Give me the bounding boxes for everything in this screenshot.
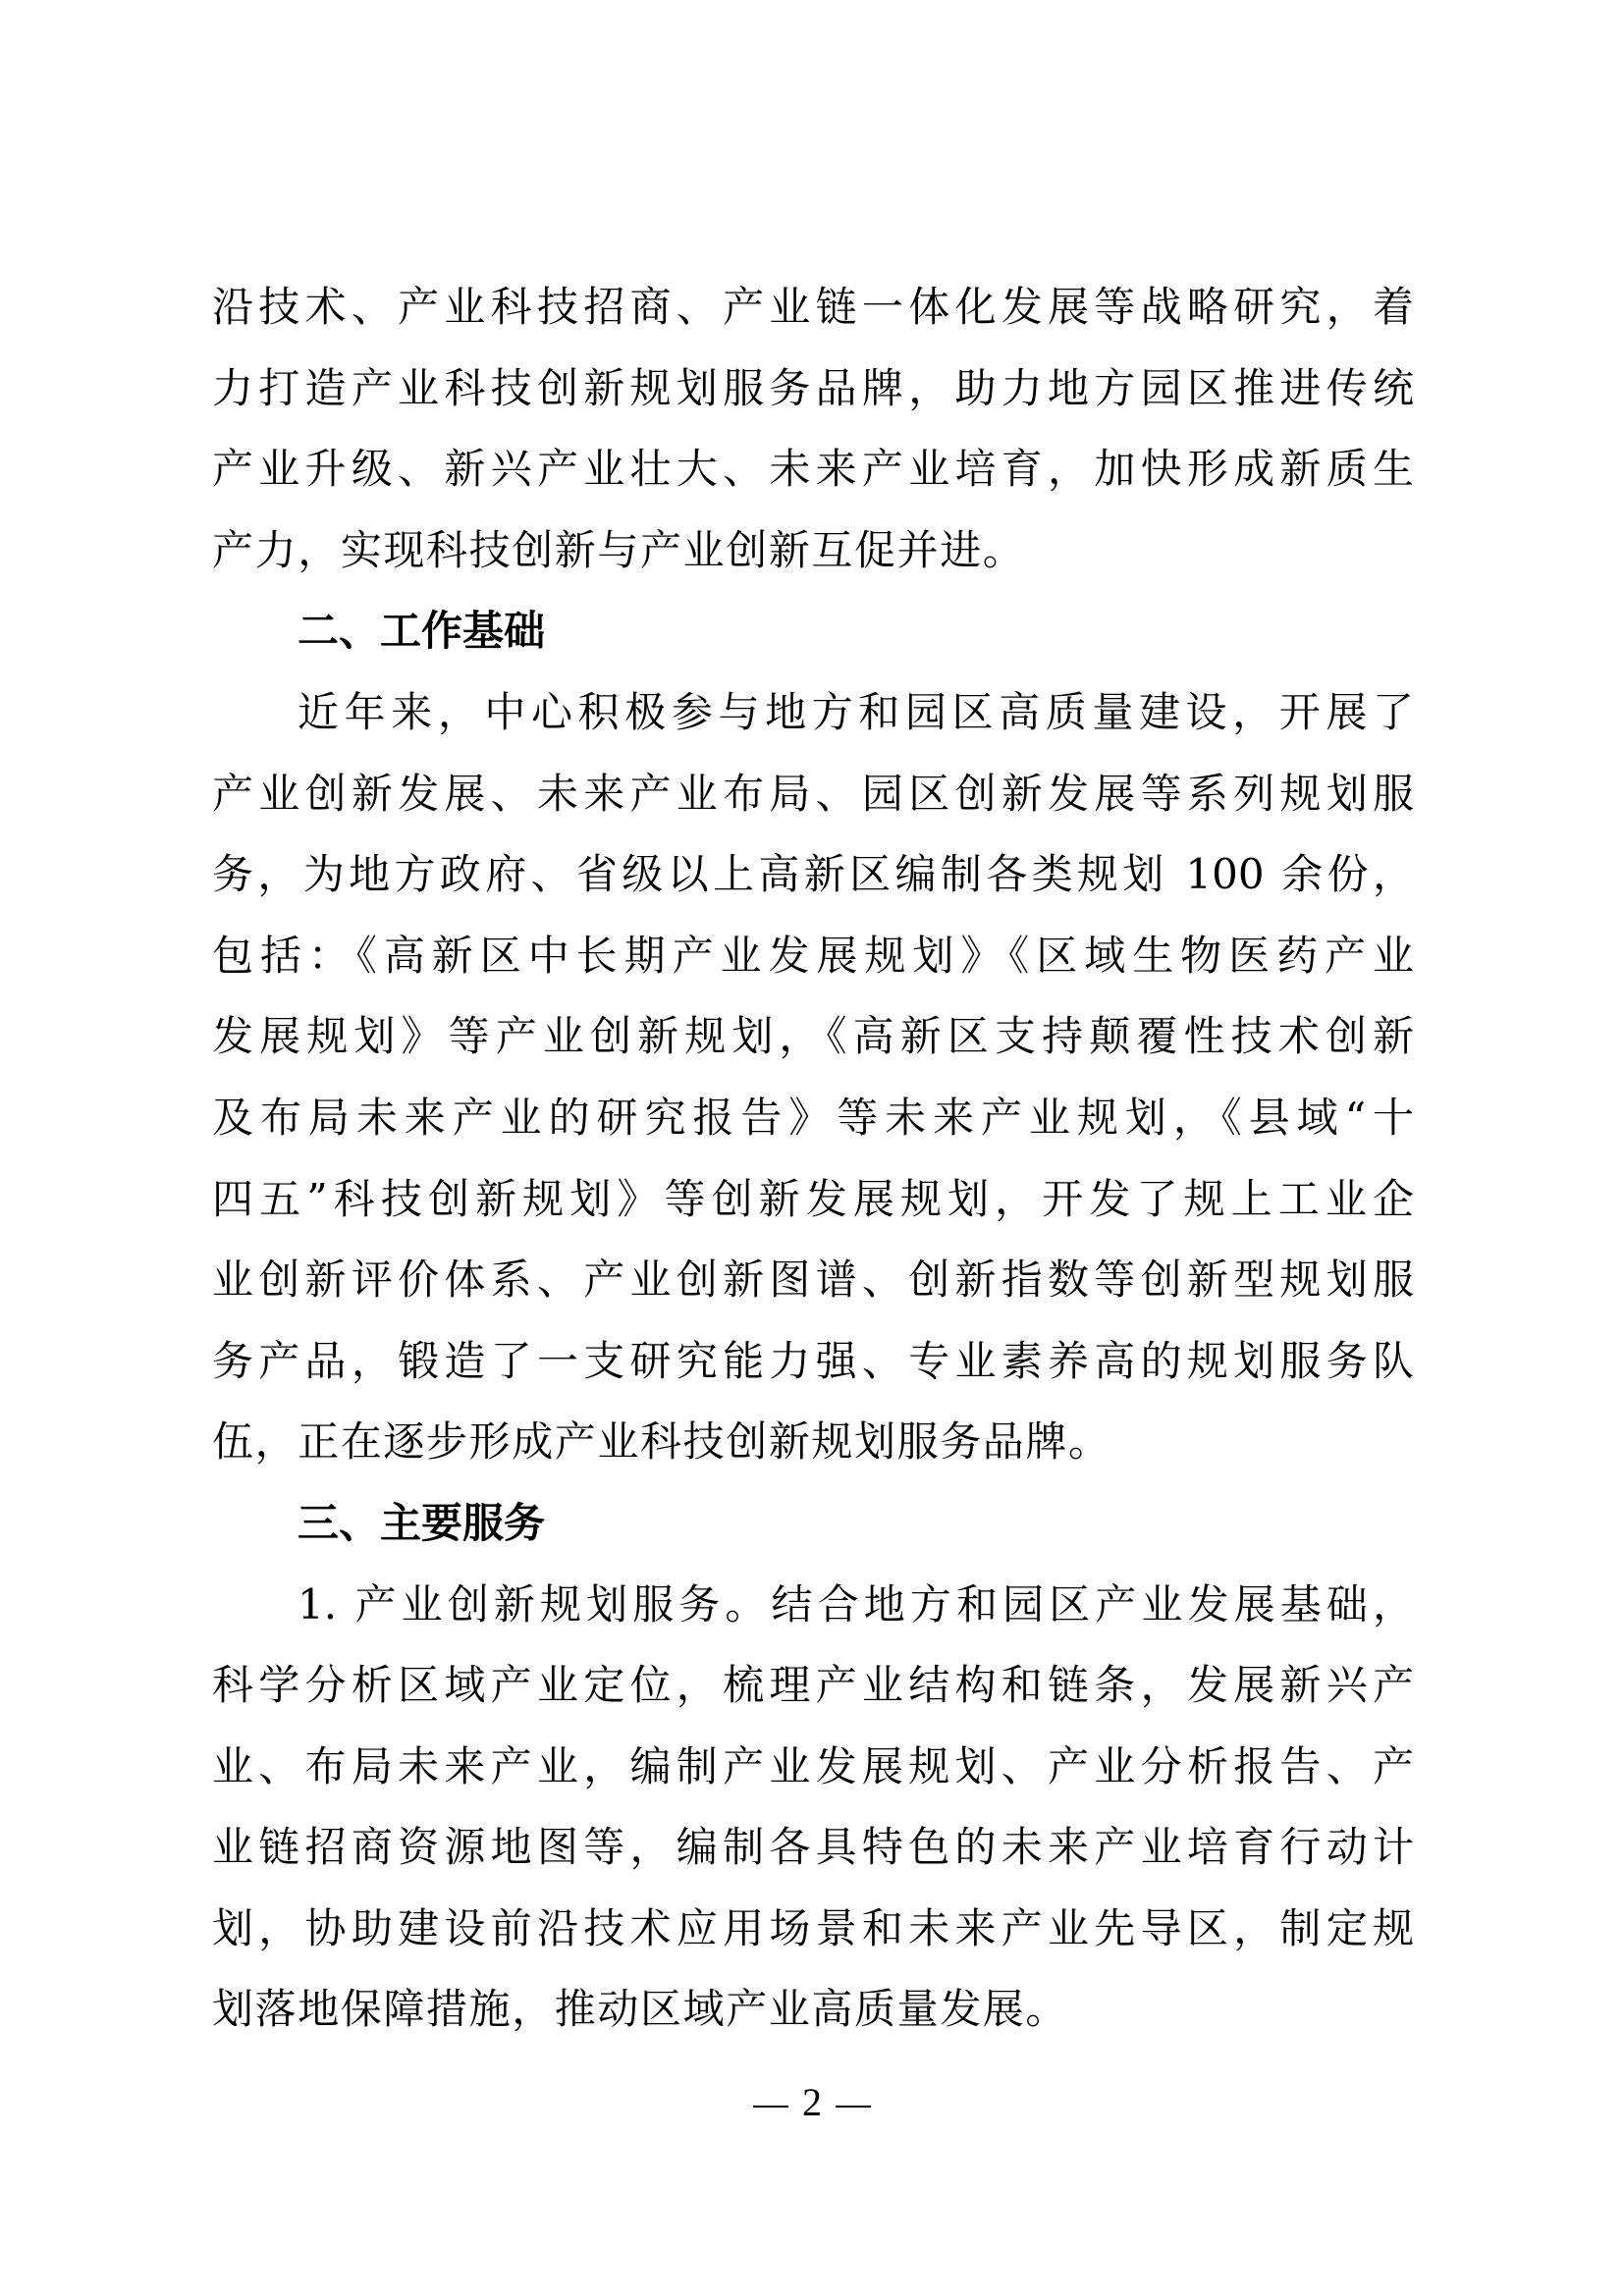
text-line: 划，协助建设前沿技术应用场景和未来产业先导区，制定规 (212, 1889, 1414, 1970)
text-line: 及布局未来产业的研究报告》等未来产业规划，《县域“十 (212, 1078, 1414, 1159)
text-line: 产业创新发展、未来产业布局、园区创新发展等系列规划服 (212, 754, 1414, 835)
section-heading-work-foundation: 二、工作基础 (212, 591, 1414, 672)
text-line: 务，为地方政府、省级以上高新区编制各类规划 100 余份， (212, 834, 1414, 916)
text-line: 沿技术、产业科技招商、产业链一体化发展等战略研究，着 (212, 267, 1414, 348)
text-line: 产业升级、新兴产业壮大、未来产业培育，加快形成新质生 (212, 429, 1414, 510)
service-item-1: 1. 产业创新规划服务。结合地方和园区产业发展基础， 科学分析区域产业定位，梳理… (212, 1565, 1414, 2052)
page-body: 沿技术、产业科技招商、产业链一体化发展等战略研究，着 力打造产业科技创新规划服务… (212, 267, 1414, 2051)
text-line: 产力，实现科技创新与产业创新互促并进。 (212, 510, 1414, 592)
text-line: 四五”科技创新规划》等创新发展规划，开发了规上工业企 (212, 1159, 1414, 1241)
document-page: 沿技术、产业科技招商、产业链一体化发展等战略研究，着 力打造产业科技创新规划服务… (0, 0, 1624, 2296)
dash-decoration (836, 2106, 871, 2108)
text-line: 科学分析区域产业定位，梳理产业结构和链条，发展新兴产 (212, 1645, 1414, 1727)
text-line: 近年来，中心积极参与地方和园区高质量建设，开展了 (212, 672, 1414, 754)
section-heading-main-services: 三、主要服务 (212, 1483, 1414, 1565)
text-line: 务产品，锻造了一支研究能力强、专业素养高的规划服务队 (212, 1321, 1414, 1403)
text-line: 包括：《高新区中长期产业发展规划》《区域生物医药产业 (212, 916, 1414, 997)
service-item-title: 1. 产业创新规划服务。 (298, 1580, 772, 1629)
text-line: 划落地保障措施，推动区域产业高质量发展。 (212, 1969, 1414, 2051)
text-line: 发展规划》等产业创新规划，《高新区支持颠覆性技术创新 (212, 996, 1414, 1078)
service-item-text: 结合地方和园区产业发展基础， (772, 1580, 1414, 1629)
text-line: 业链招商资源地图等，编制各具特色的未来产业培育行动计 (212, 1807, 1414, 1889)
text-line: 1. 产业创新规划服务。结合地方和园区产业发展基础， (212, 1565, 1414, 1646)
text-line: 业创新评价体系、产业创新图谱、创新指数等创新型规划服 (212, 1240, 1414, 1321)
intro-paragraph: 沿技术、产业科技招商、产业链一体化发展等战略研究，着 力打造产业科技创新规划服务… (212, 267, 1414, 591)
text-line: 力打造产业科技创新规划服务品牌，助力地方园区推进传统 (212, 348, 1414, 430)
work-foundation-paragraph: 近年来，中心积极参与地方和园区高质量建设，开展了 产业创新发展、未来产业布局、园… (212, 672, 1414, 1483)
text-line: 伍，正在逐步形成产业科技创新规划服务品牌。 (212, 1402, 1414, 1483)
dash-decoration (753, 2106, 788, 2108)
text-line: 业、布局未来产业，编制产业发展规划、产业分析报告、产 (212, 1727, 1414, 1808)
page-footer: 2 (0, 2073, 1624, 2132)
page-number: 2 (802, 2080, 822, 2124)
